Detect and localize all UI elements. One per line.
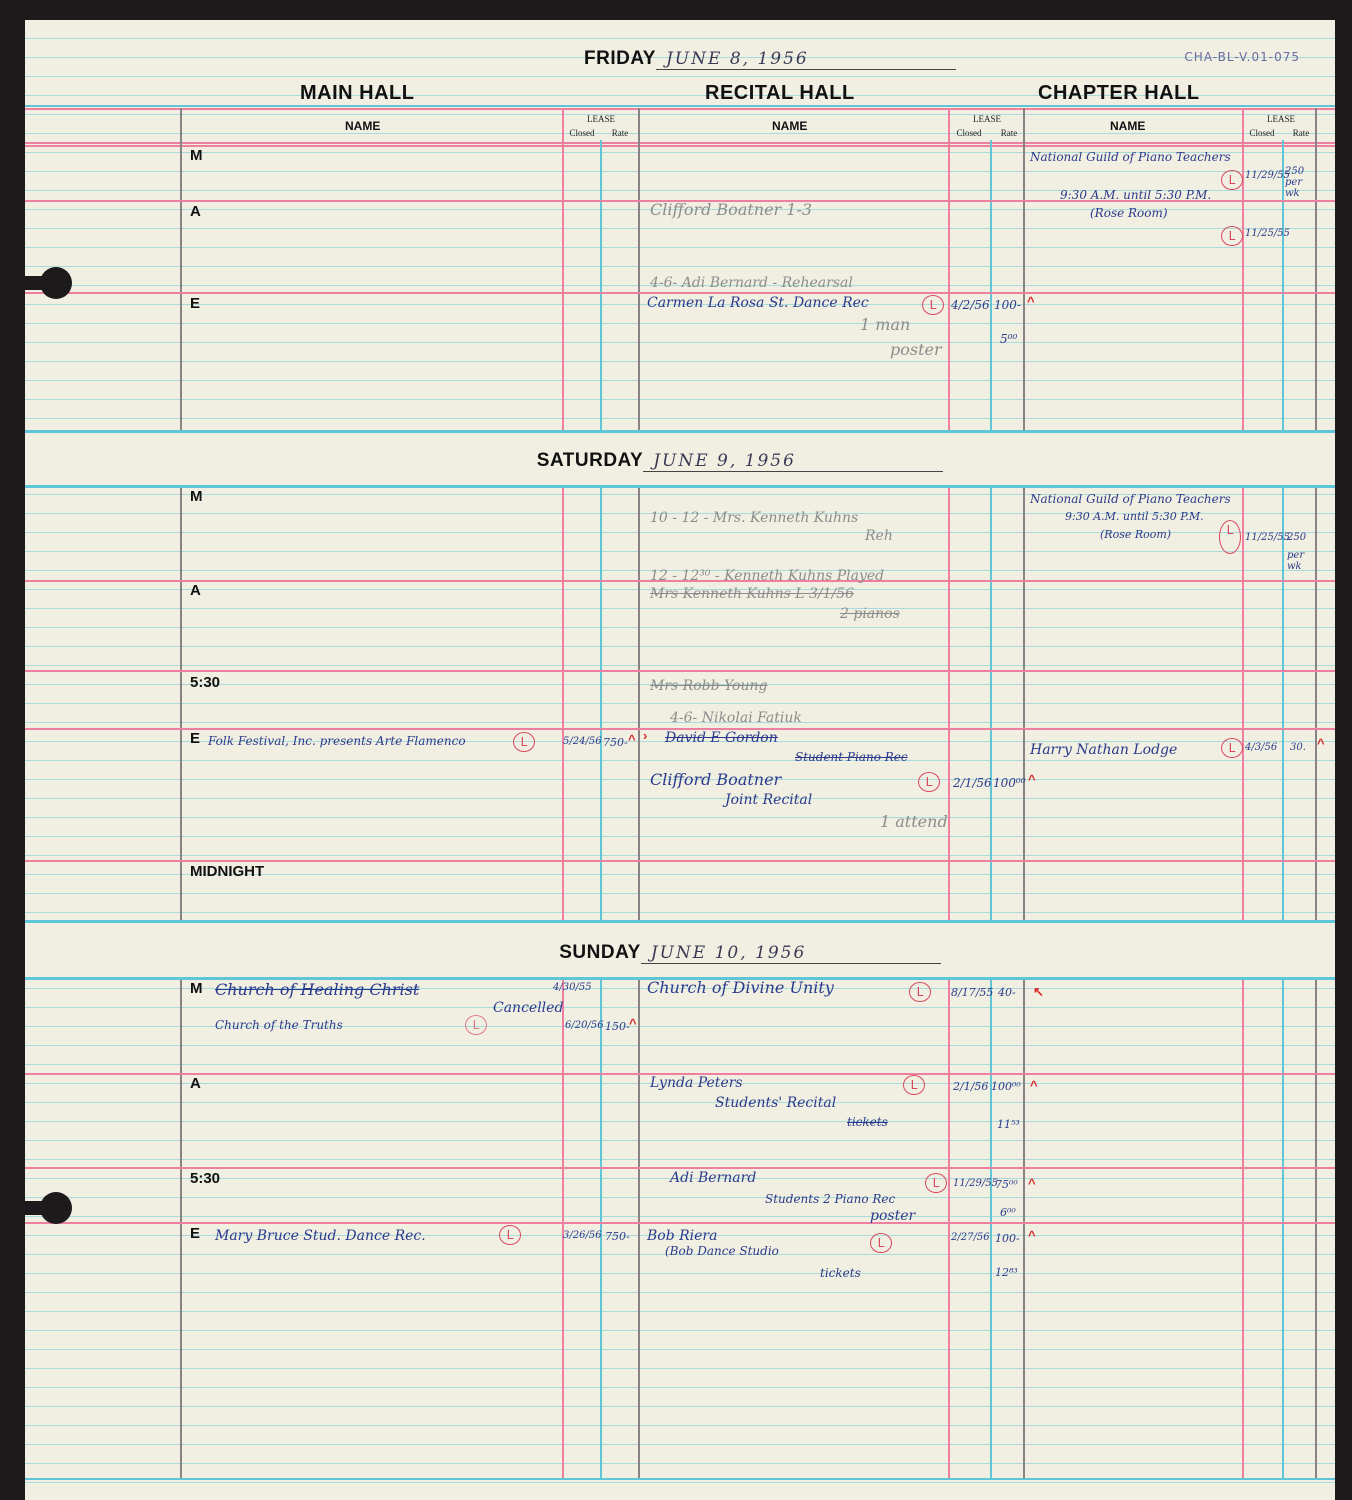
lease-rate: 40- [998, 986, 1016, 999]
booking-entry: Clifford Boatner [650, 770, 781, 789]
column-divider [990, 140, 992, 1478]
column-divider [180, 108, 182, 1478]
rule [25, 292, 1335, 294]
lease-closed-date: 3/26/56 [563, 1230, 602, 1241]
column-divider [1315, 108, 1317, 1478]
rule [25, 860, 1335, 862]
booking-note: poster [870, 1208, 915, 1224]
day-header-friday: FRIDAYJUNE 8, 1956 [25, 48, 1335, 70]
rule [25, 1167, 1335, 1169]
booking-note: (Rose Room) [1090, 206, 1168, 220]
booking-entry: Bob Riera [647, 1228, 717, 1244]
booking-entry-cancelled: Mrs Kenneth Kuhns L 3/1/56 [650, 586, 854, 602]
booking-entry: National Guild of Piano Teachers [1030, 150, 1231, 164]
lease-closed-date: 2/1/56 [953, 1080, 988, 1093]
column-divider [1242, 108, 1244, 1478]
booking-note-cancelled: 2 pianos [840, 606, 900, 622]
lease-marker: L [465, 1015, 487, 1035]
booking-entry-cancelled: David E Gordon [665, 730, 778, 746]
day-header-saturday: SATURDAYJUNE 9, 1956 [25, 450, 1335, 472]
check-mark: ^ [1028, 772, 1036, 787]
booking-entry: Church of Divine Unity [647, 978, 834, 997]
check-mark: ^ [1028, 1176, 1036, 1191]
lease-marker: L [499, 1225, 521, 1245]
lease-closed-date: 11/25/55 [1245, 532, 1290, 543]
rule [25, 108, 1335, 110]
check-mark: ^ [1030, 1078, 1038, 1093]
check-mark: ^ [1317, 736, 1325, 751]
booking-note: (Rose Room) [1100, 528, 1171, 541]
booking-entry-cancelled: Church of Healing Christ [215, 980, 419, 999]
lease-rate: 11⁵³ [997, 1118, 1020, 1131]
rule [25, 142, 1335, 144]
cancelled-note: Cancelled [493, 1000, 563, 1016]
rule [25, 145, 1335, 147]
check-mark: ^ [629, 1016, 637, 1031]
period-label: 5:30 [190, 674, 220, 691]
hall-title-recital: RECITAL HALL [705, 82, 855, 105]
booking-entry-cancelled: Mrs Robb Young [650, 678, 767, 694]
booking-note: Joint Recital [725, 792, 812, 808]
period-label: A [190, 203, 201, 220]
column-header-name-recital: NAME [772, 119, 807, 133]
lease-marker: L [909, 982, 931, 1002]
day-date: JUNE 9, 1956 [643, 451, 943, 472]
booking-entry: Mary Bruce Stud. Dance Rec. [215, 1228, 426, 1244]
hall-title-main: MAIN HALL [300, 82, 414, 105]
lease-closed-date: 6/20/56 [565, 1020, 604, 1031]
period-label: MIDNIGHT [190, 863, 264, 880]
lease-closed-date: 4/30/55 [553, 982, 592, 993]
booking-entry: 4-6- Nikolai Fatiuk [670, 710, 802, 726]
period-label: M [190, 488, 203, 505]
lease-rate: 6⁰⁰ [1000, 1206, 1016, 1219]
period-label: A [190, 1075, 201, 1092]
column-divider [948, 108, 950, 1478]
lease-closed-date: 2/27/56 [951, 1232, 990, 1243]
rule [25, 1222, 1335, 1224]
column-divider [600, 140, 602, 1478]
booking-entry: 10 - 12 - Mrs. Kenneth Kuhns [650, 510, 858, 526]
binder-hole-tab [0, 276, 45, 290]
booking-note: poster [890, 340, 942, 359]
column-divider [1023, 108, 1025, 1478]
check-mark: ^ [1027, 294, 1035, 309]
binder-hole [40, 267, 72, 299]
period-label: E [190, 730, 200, 747]
booking-note: Reh [865, 528, 893, 544]
rule [25, 1478, 1335, 1480]
booking-entry: Adi Bernard [670, 1170, 756, 1186]
binder-hole [40, 1192, 72, 1224]
check-mark: ^ [1028, 1228, 1036, 1243]
column-header-lease-main: LEASE [563, 114, 639, 124]
section-divider [25, 485, 1335, 488]
period-label: M [190, 147, 203, 164]
lease-marker: L [903, 1075, 925, 1095]
lease-closed-date: 11/29/55 [953, 1178, 998, 1189]
day-header-sunday: SUNDAYJUNE 10, 1956 [25, 942, 1335, 964]
lease-rate: 750- [603, 736, 628, 749]
booking-note: tickets [820, 1266, 861, 1280]
booking-entry: Church of the Truths [215, 1018, 343, 1032]
lease-marker: L [1221, 226, 1243, 246]
booking-entry: Carmen La Rosa St. Dance Rec [647, 295, 869, 311]
lease-rate: 750- [605, 1230, 630, 1243]
ledger-page: CHA-BL-V.01-075 FRIDAYJUNE 8, 1956 MAIN … [25, 20, 1335, 1500]
lease-closed-date: 4/2/56 [951, 298, 990, 312]
lease-closed-date: 11/29/55 [1245, 170, 1290, 181]
booking-entry: Harry Nathan Lodge [1030, 742, 1177, 758]
booking-note: Students 2 Piano Rec [765, 1192, 895, 1206]
lease-rate: 250 [1287, 532, 1306, 543]
booking-note: 1 man [860, 315, 910, 334]
booking-entry: National Guild of Piano Teachers [1030, 492, 1231, 506]
check-mark: ↖ [1033, 984, 1044, 1000]
lease-marker: L [1221, 738, 1243, 758]
column-header-name-chapter: NAME [1110, 119, 1145, 133]
period-label: E [190, 295, 200, 312]
column-divider [638, 108, 640, 1478]
lease-rate: 5⁰⁰ [1000, 332, 1017, 346]
column-header-lease-recital: LEASE [949, 114, 1025, 124]
column-header-rate-recital: Rate [991, 128, 1027, 138]
lease-rate: 30. [1290, 742, 1306, 753]
lease-closed-date: 11/25/55 [1245, 228, 1290, 239]
rule [25, 670, 1335, 672]
lease-closed-date: 5/24/56 [563, 736, 602, 747]
period-label: A [190, 582, 201, 599]
day-label: SATURDAY [537, 450, 643, 471]
column-header-closed-chapter: Closed [1243, 128, 1281, 138]
day-date: JUNE 10, 1956 [641, 943, 941, 964]
booking-entry: Clifford Boatner 1-3 [650, 200, 812, 219]
period-label: E [190, 1225, 200, 1242]
lease-marker: L [1219, 520, 1241, 554]
booking-note: (Bob Dance Studio [665, 1244, 779, 1258]
column-header-rate-chapter: Rate [1283, 128, 1319, 138]
day-label: FRIDAY [584, 48, 656, 69]
booking-entry: Lynda Peters [650, 1075, 743, 1091]
booking-entry: 4-6- Adi Bernard - Rehearsal [650, 275, 853, 291]
lease-rate: 100- [994, 298, 1021, 312]
lease-rate: 100⁰⁰ [993, 776, 1026, 790]
lease-marker: L [513, 732, 535, 752]
booking-note: 9:30 A.M. until 5:30 P.M. [1065, 510, 1204, 523]
lease-rate: 100⁰⁰ [991, 1080, 1021, 1093]
booking-note: 9:30 A.M. until 5:30 P.M. [1060, 188, 1211, 202]
lease-rate: per wk [1287, 550, 1315, 572]
booking-entry: Folk Festival, Inc. presents Arte Flamen… [208, 734, 466, 748]
lease-marker: L [870, 1233, 892, 1253]
check-mark: ^ [628, 732, 636, 747]
lease-marker: L [1221, 170, 1243, 190]
column-header-lease-chapter: LEASE [1243, 114, 1319, 124]
binder-hole-tab [0, 1201, 45, 1215]
hall-title-chapter: CHAPTER HALL [1038, 82, 1200, 105]
booking-note: 1 attend [880, 812, 948, 831]
booking-note: tickets [847, 1115, 888, 1129]
lease-marker: L [922, 295, 944, 315]
booking-note-cancelled: Student Piano Rec [795, 750, 908, 764]
lease-closed-date: 2/1/56 [953, 776, 992, 790]
lease-rate: 150- [605, 1020, 630, 1033]
lease-closed-date: 8/17/55 [951, 986, 993, 999]
rule [25, 105, 1335, 107]
column-header-rate-main: Rate [601, 128, 639, 138]
column-divider [1282, 140, 1284, 1478]
column-divider [562, 108, 564, 1478]
lease-closed-date: 4/3/56 [1245, 742, 1277, 753]
period-label: 5:30 [190, 1170, 220, 1187]
column-header-closed-main: Closed [563, 128, 601, 138]
booking-entry: 12 - 12³⁰ - Kenneth Kuhns Played [650, 568, 884, 584]
day-date: JUNE 8, 1956 [656, 49, 956, 70]
booking-note: Students' Recital [715, 1095, 836, 1111]
lease-rate: 12⁸³ [995, 1266, 1018, 1279]
column-header-closed-recital: Closed [949, 128, 989, 138]
column-header-name-main: NAME [345, 119, 380, 133]
period-label: M [190, 980, 203, 997]
lease-rate: 100- [995, 1232, 1020, 1245]
lease-rate: 75⁰⁰ [995, 1178, 1018, 1191]
lease-rate: 250 per wk [1285, 166, 1315, 199]
day-label: SUNDAY [559, 942, 641, 963]
lease-marker: L [918, 772, 940, 792]
check-mark: › [643, 728, 647, 743]
lease-marker: L [925, 1173, 947, 1193]
